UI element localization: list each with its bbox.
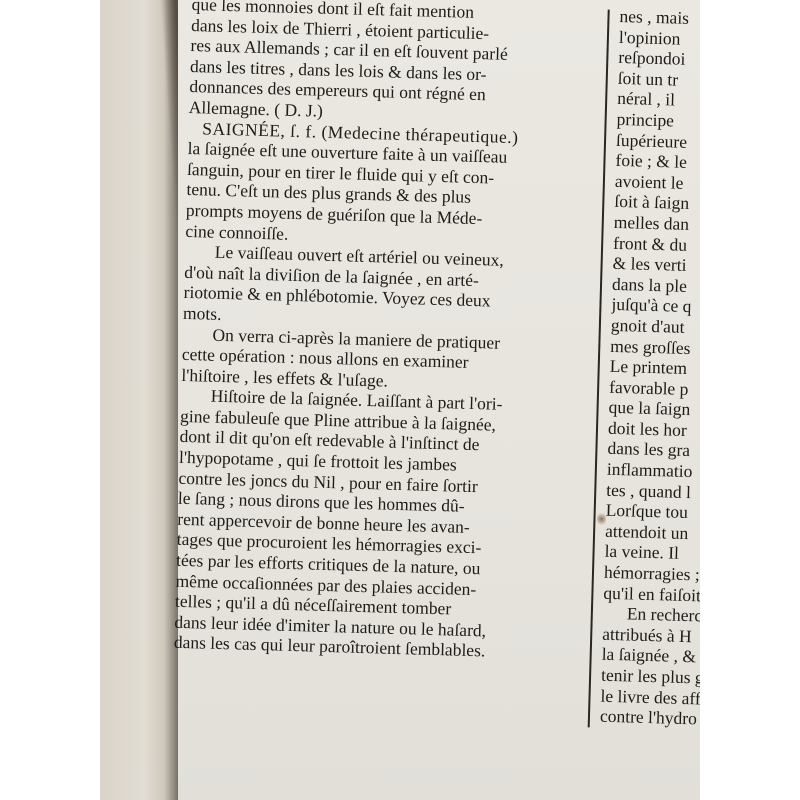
text-line: qu'il en faiſoit <box>603 582 700 606</box>
text-line: gnoit d'aut <box>611 315 700 339</box>
text-line: contre l'hydro <box>600 706 700 730</box>
text-line: hémorragies ; <box>604 562 700 586</box>
main-column: que les monnoies dont il eſt fait mentio… <box>174 0 612 664</box>
paper-stain <box>597 512 606 526</box>
text-line: melles dan <box>614 212 700 236</box>
book-photo: que les monnoies dont il eſt fait mentio… <box>100 0 700 800</box>
text-line: tenir les plus g <box>601 665 700 689</box>
text-line: principe <box>616 109 700 133</box>
